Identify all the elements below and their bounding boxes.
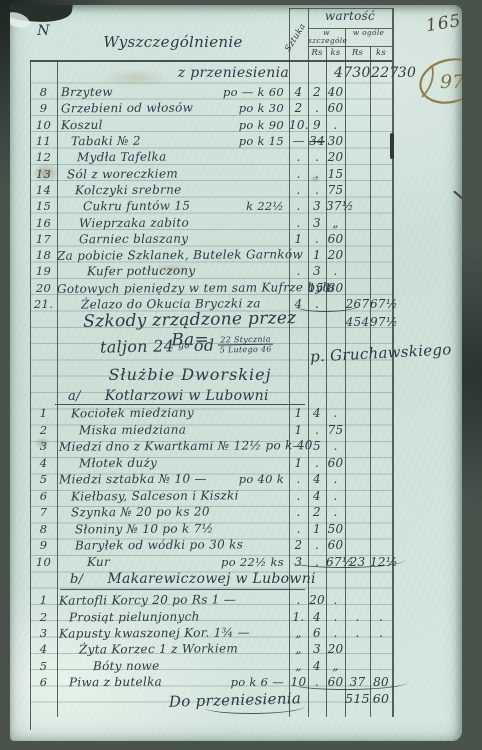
- row-description: Za pobicie Szklanek, Butelek Garnków: [57, 248, 289, 262]
- ks-total-value: 67½: [370, 297, 392, 311]
- row-description: Kiełbasy, Salceson i Kiszki: [57, 489, 289, 503]
- row-number: 1: [30, 593, 57, 607]
- rs-detail-value: 4: [308, 406, 326, 420]
- ks-detail-value: 60: [326, 538, 345, 552]
- ks-detail-value: 75: [326, 183, 345, 197]
- running-total-rs: 454: [345, 315, 370, 329]
- pieces-value: .: [289, 167, 308, 181]
- row-description: Bóty nowe: [57, 659, 289, 673]
- item-name: Brzytew: [57, 85, 113, 99]
- ledger-row: 9 Baryłek od wódki po 30 ks 2 . 60: [30, 537, 440, 554]
- item-name: Mydła Tafelka: [57, 150, 167, 165]
- subsection-heading-service: Służbie Dworskiej: [65, 365, 315, 384]
- carryover-rs-detail: 47: [334, 65, 352, 81]
- rs-detail-value: 34: [308, 134, 326, 148]
- column-header-in-total: w ogóle: [345, 29, 392, 37]
- item-name: Kartofli Korcy 20 po Rs 1 —: [57, 593, 236, 608]
- row-description: Kociołek miedziany: [57, 406, 289, 420]
- underline: [55, 396, 305, 405]
- carry-forward-ks: 60: [370, 691, 392, 706]
- item-name: Kufer potłuczony: [57, 264, 196, 279]
- row-number: 13: [30, 167, 57, 181]
- rs-total-value: .: [345, 610, 370, 624]
- row-number: 2: [30, 423, 57, 437]
- ledger-row: 1 Kociołek miedziany 1 4 .: [30, 405, 440, 422]
- pieces-value: „: [289, 642, 308, 656]
- item-name: Bóty nowe: [57, 658, 160, 673]
- ledger-row: 20 Gotowych pieniędzy w tem sam Kufrze b…: [30, 280, 440, 296]
- ledger-row: 3 Miedzi dno z Kwartkami № 12½ po k 40 —…: [30, 438, 440, 455]
- ks-detail-value: 20: [326, 150, 345, 164]
- rs-detail-value: 1: [308, 522, 326, 536]
- item-name: Młotek duży: [57, 455, 157, 470]
- column-header-in-detail: w szczególe: [308, 29, 345, 45]
- item-name: Kiełbasy, Salceson i Kiszki: [57, 488, 239, 503]
- rs-detail-value: .: [308, 456, 326, 470]
- pieces-value: .: [289, 472, 308, 486]
- carryover-ks-total: 30: [396, 65, 418, 81]
- rs-detail-value: 4: [308, 610, 326, 624]
- scanned-ledger-photo: N Wyszczególnienie Sztuka wartość w szcz…: [0, 0, 482, 750]
- ledger-row: 5 Miedzi sztabka № 10 — po 40 k . 4 .: [30, 471, 440, 488]
- ledger-row: 15 Cukru funtów 15 k 22½ . 3 37½: [30, 198, 440, 214]
- ks-detail-value: 20: [326, 642, 345, 656]
- rs-detail-value: 3: [308, 216, 326, 230]
- pieces-value: 4: [289, 85, 308, 99]
- pieces-value: 1: [289, 423, 308, 437]
- carryover-ks-detail: 30: [352, 65, 371, 81]
- items-section-main: 8 Brzytew po — k 60 4 2 40 9 Grzebieni o…: [30, 84, 440, 312]
- row-description: Garniec blaszany: [57, 232, 289, 246]
- row-description: Miedzi sztabka № 10 — po 40 k: [57, 472, 289, 486]
- unit-label-ks: ks: [370, 48, 392, 58]
- pieces-value: 2: [289, 101, 308, 115]
- ledger-row: 4 Młotek duży 1 . 60: [30, 455, 440, 472]
- table-line: [308, 46, 392, 47]
- column-header-number: N: [30, 23, 57, 39]
- row-description: Gotowych pieniędzy w tem sam Kufrze było: [57, 281, 289, 295]
- table-line: [30, 60, 392, 62]
- row-number: 20: [30, 281, 57, 295]
- rs-detail-value: 20: [308, 593, 326, 607]
- ks-detail-value: .: [326, 472, 345, 486]
- ledger-row: 3 Kapusty kwaszonej Kor. 1¾ — „ 6 . . .: [30, 625, 440, 641]
- unit-label-rs: Rs: [308, 48, 326, 58]
- row-number: 5: [30, 659, 57, 673]
- ks-detail-value: .: [326, 118, 345, 132]
- row-number: 3: [30, 439, 57, 453]
- ledger-row: 17 Garniec blaszany 1 . 60: [30, 231, 440, 247]
- ks-total-value: .: [370, 626, 392, 640]
- item-name: Miedzi dno z Kwartkami № 12½ po k 40: [57, 438, 313, 454]
- row-number: 3: [30, 626, 57, 640]
- ledger-row: 9 Grzebieni od włosów po k 30 2 . 60: [30, 100, 440, 116]
- ks-detail-value: 75: [326, 423, 345, 437]
- date-end: 5 Lutego 46: [218, 345, 273, 355]
- item-name: Kur: [57, 555, 110, 569]
- item-rate: k 22½: [246, 199, 289, 213]
- ks-detail-value: .: [326, 406, 345, 420]
- item-name: Piwa z butelka: [57, 675, 162, 690]
- ks-detail-value: .: [326, 264, 345, 278]
- pieces-value: —: [289, 134, 308, 148]
- page-number: 165.: [425, 10, 462, 36]
- row-number: 6: [30, 489, 57, 503]
- ks-detail-value: .: [326, 505, 345, 519]
- row-number: 9: [30, 101, 57, 115]
- pieces-value: .: [289, 183, 308, 197]
- rs-detail-value: .: [308, 101, 326, 115]
- pieces-value: „: [289, 659, 308, 673]
- ledger-row: 16 Wieprzaka zabito . 3 „: [30, 214, 440, 230]
- row-number: 16: [30, 216, 57, 230]
- carryover-rs-total: 227: [371, 65, 396, 81]
- row-description: Kapusty kwaszonej Kor. 1¾ —: [57, 626, 289, 640]
- item-rate: po k 30: [239, 101, 289, 115]
- running-total-ks: 97½: [370, 315, 392, 329]
- rs-detail-value: 3: [308, 642, 326, 656]
- ledger-row: 13 Sól z woreczkiem . . 15: [30, 165, 440, 181]
- ledger-row: 4 Żyta Korzec 1 z Workiem „ 3 20: [30, 641, 440, 657]
- ks-detail-value: 20: [326, 248, 345, 262]
- rs-detail-value: .: [308, 232, 326, 246]
- row-description: Kolczyki srebrne: [57, 183, 289, 197]
- ledger-row: 6 Kiełbasy, Salceson i Kiszki . 4 .: [30, 488, 440, 505]
- row-description: Kufer potłuczony: [57, 264, 289, 278]
- ks-detail-value: .: [326, 439, 345, 453]
- notary-flourish: 97: [416, 53, 462, 111]
- row-number: 9: [30, 538, 57, 552]
- ks-detail-value: „: [326, 659, 345, 673]
- ordinal-suffix: go: [178, 341, 190, 351]
- item-name: Wieprzaka zabito: [57, 215, 189, 230]
- ledger-row: 14 Kolczyki srebrne . . 75: [30, 182, 440, 198]
- rs-detail-value: 2: [308, 505, 326, 519]
- item-name: Prosiąt pielunjonych: [57, 609, 200, 624]
- ledger-row: 2 Miska miedziana 1 . 75: [30, 422, 440, 439]
- rs-detail-value: 4: [308, 489, 326, 503]
- row-description: Kartofli Korcy 20 po Rs 1 —: [57, 593, 289, 607]
- pieces-value: .: [289, 593, 308, 607]
- carry-forward-total: 515 60: [345, 691, 405, 706]
- row-number: 4: [30, 642, 57, 656]
- date-range: 22 Stycznia 5 Lutego 46: [218, 335, 273, 355]
- ks-detail-value: 60: [326, 101, 345, 115]
- row-description: Tabaki № 2 po k 15: [57, 134, 289, 148]
- items-section-b: 1 Kartofli Korcy 20 po Rs 1 — . 20 . 2 P…: [30, 592, 440, 690]
- row-number: 15: [30, 199, 57, 213]
- pieces-value: .: [289, 199, 308, 213]
- from-text: od: [194, 336, 215, 355]
- item-name: Miedzi sztabka № 10 —: [57, 472, 207, 487]
- ks-detail-value: 50: [326, 522, 345, 536]
- rs-detail-value: 2: [308, 85, 326, 99]
- ks-detail-value: .: [326, 610, 345, 624]
- battalion-text: taljon 24: [100, 336, 174, 356]
- row-number: 10: [30, 118, 57, 132]
- unit-label-rs: Rs: [345, 48, 370, 58]
- item-name: Kolczyki srebrne: [57, 182, 182, 197]
- row-description: Miedzi dno z Kwartkami № 12½ po k 40: [57, 439, 289, 453]
- ledger-row: 7 Szynka № 20 po ks 20 . 2 .: [30, 504, 440, 521]
- rs-detail-value: 4: [308, 472, 326, 486]
- item-name: Miska miedziana: [57, 422, 186, 437]
- ks-detail-value: 15: [326, 167, 345, 181]
- item-rate: po k 15: [239, 134, 289, 148]
- ks-detail-value: 37½: [326, 199, 345, 213]
- pieces-value: .: [289, 489, 308, 503]
- rs-detail-value: 3: [308, 199, 326, 213]
- rs-detail-value: 1: [308, 248, 326, 262]
- pieces-value: 1: [289, 406, 308, 420]
- margin-mark: [453, 190, 462, 201]
- row-description: Młotek duży: [57, 456, 289, 470]
- rs-detail-value: .: [308, 183, 326, 197]
- row-description: Słoniny № 10 po k 7½: [57, 522, 289, 536]
- row-description: Koszul po k 90: [57, 118, 289, 132]
- item-rate: po 40 k: [239, 472, 289, 486]
- ledger-row: 11 Tabaki № 2 po k 15 — 34 30: [30, 133, 440, 149]
- rs-detail-value: 6: [308, 626, 326, 640]
- ks-detail-value: .: [326, 593, 345, 607]
- row-description: Żyta Korzec 1 z Workiem: [57, 642, 289, 656]
- ledger-row: 1 Kartofli Korcy 20 po Rs 1 — . 20 .: [30, 592, 440, 608]
- item-name: Sól z woreczkiem: [57, 166, 178, 181]
- ks-detail-value: .: [326, 626, 345, 640]
- item-name: Kociołek miedziany: [57, 406, 194, 421]
- ks-detail-value: 40: [326, 85, 345, 99]
- row-number: 12: [30, 150, 57, 164]
- row-description: Grzebieni od włosów po k 30: [57, 101, 289, 115]
- item-name: Tabaki № 2: [57, 134, 141, 149]
- row-number: 7: [30, 505, 57, 519]
- row-number: 14: [30, 183, 57, 197]
- item-name: Koszul: [57, 118, 103, 132]
- ledger-row: 8 Słoniny № 10 po k 7½ . 1 50: [30, 521, 440, 538]
- pieces-value: 1: [289, 456, 308, 470]
- row-number: 19: [30, 264, 57, 278]
- carry-forward-rs: 515: [345, 691, 370, 706]
- rs-total-value: .: [345, 626, 370, 640]
- row-description: Sól z woreczkiem: [57, 167, 289, 181]
- item-name: Żyta Korzec 1 z Workiem: [57, 642, 238, 657]
- ledger-row: 19 Kufer potłuczony . 3 .: [30, 263, 440, 279]
- ks-detail-value: 30: [326, 134, 345, 148]
- ledger-row: 2 Prosiąt pielunjonych 1. 4 . . .: [30, 608, 440, 624]
- item-name: Cukru funtów 15: [57, 199, 190, 214]
- column-header-value: wartość: [308, 9, 392, 23]
- carryover-label: z przeniesienia: [57, 65, 315, 81]
- item-name: Gotowych pieniędzy w tem sam Kufrze było: [57, 280, 334, 296]
- row-description: Piwa z butelka po k 6 —: [57, 675, 289, 689]
- pieces-value: .: [289, 216, 308, 230]
- rs-detail-value: 4: [308, 659, 326, 673]
- rs-detail-value: .: [308, 150, 326, 164]
- row-description: Brzytew po — k 60: [57, 85, 289, 99]
- row-number: 18: [30, 248, 57, 262]
- underline: [60, 581, 305, 590]
- ledger-row: 8 Brzytew po — k 60 4 2 40: [30, 84, 440, 100]
- row-description: Wieprzaka zabito: [57, 216, 289, 230]
- pieces-value: 10.: [289, 118, 308, 132]
- row-number: 10: [30, 555, 57, 569]
- pieces-value: 2: [289, 538, 308, 552]
- row-description: Prosiąt pielunjonych: [57, 610, 289, 624]
- ks-detail-value: .: [326, 489, 345, 503]
- row-number: 4: [30, 456, 57, 470]
- pieces-value: 1: [289, 232, 308, 246]
- row-number: 21.: [30, 297, 57, 311]
- rs-detail-value: 3: [308, 264, 326, 278]
- ledger-row: 18 Za pobicie Szklanek, Butelek Garnków …: [30, 247, 440, 263]
- pieces-value: „: [289, 626, 308, 640]
- ornament-text: 97: [440, 71, 462, 93]
- pieces-value: .: [289, 150, 308, 164]
- item-name: Szynka № 20 po ks 20: [57, 505, 210, 520]
- item-name: Grzebieni od włosów: [57, 101, 193, 116]
- row-number: 5: [30, 472, 57, 486]
- ledger-row: 5 Bóty nowe „ 4 „: [30, 658, 440, 674]
- item-name: Słoniny № 10 po k 7½: [57, 521, 214, 536]
- ks-total-value: .: [370, 610, 392, 624]
- row-description: Szynka № 20 po ks 20: [57, 505, 289, 519]
- item-name: Garniec blaszany: [57, 231, 188, 246]
- ks-detail-value: 60: [326, 456, 345, 470]
- row-description: Mydła Tafelka: [57, 150, 289, 164]
- item-rate: po 22½ ks: [221, 555, 289, 569]
- carryover-row: z przeniesienia 47 30 227 30: [30, 63, 440, 83]
- ledger-row: 10 Koszul po k 90 10. 9 .: [30, 117, 440, 133]
- ledger-row: 12 Mydła Tafelka . . 20: [30, 149, 440, 165]
- pieces-value: .: [289, 505, 308, 519]
- row-description: Baryłek od wódki po 30 ks: [57, 538, 289, 552]
- row-number: 17: [30, 232, 57, 246]
- row-number: 8: [30, 522, 57, 536]
- rs-detail-value: 9: [308, 118, 326, 132]
- rs-detail-value: .: [308, 167, 326, 181]
- row-number: 8: [30, 85, 57, 99]
- row-description: Cukru funtów 15 k 22½: [57, 199, 289, 213]
- item-name: Kapusty kwaszonej Kor. 1¾ —: [57, 625, 250, 640]
- unit-label-ks: ks: [326, 48, 345, 58]
- ledger-page: N Wyszczególnienie Sztuka wartość w szcz…: [10, 5, 462, 741]
- item-rate: po k 90: [239, 118, 289, 132]
- pieces-value: .: [289, 264, 308, 278]
- item-name: Baryłek od wódki po 30 ks: [57, 538, 243, 553]
- row-number: 11: [30, 134, 57, 148]
- rs-detail-value: .: [308, 423, 326, 437]
- item-rate: po — k 60: [223, 85, 289, 99]
- row-number: 2: [30, 610, 57, 624]
- items-section-a: 1 Kociołek miedziany 1 4 . 2 Miska miedz…: [30, 405, 440, 570]
- row-number: 1: [30, 406, 57, 420]
- item-name: Za pobicie Szklanek, Butelek Garnków: [57, 247, 303, 263]
- row-description: Miska miedziana: [57, 423, 289, 437]
- pieces-value: 1.: [289, 610, 308, 624]
- row-description: Kur po 22½ ks: [57, 555, 289, 569]
- ks-detail-value: 60: [326, 232, 345, 246]
- row-number: 6: [30, 675, 57, 689]
- running-total: 454 97½: [345, 315, 405, 329]
- pieces-value: .: [289, 522, 308, 536]
- item-rate: po k 6 —: [231, 675, 289, 689]
- column-header-specification: Wyszczególnienie: [57, 33, 289, 51]
- rs-detail-value: .: [308, 538, 326, 552]
- ks-detail-value: „: [326, 216, 345, 230]
